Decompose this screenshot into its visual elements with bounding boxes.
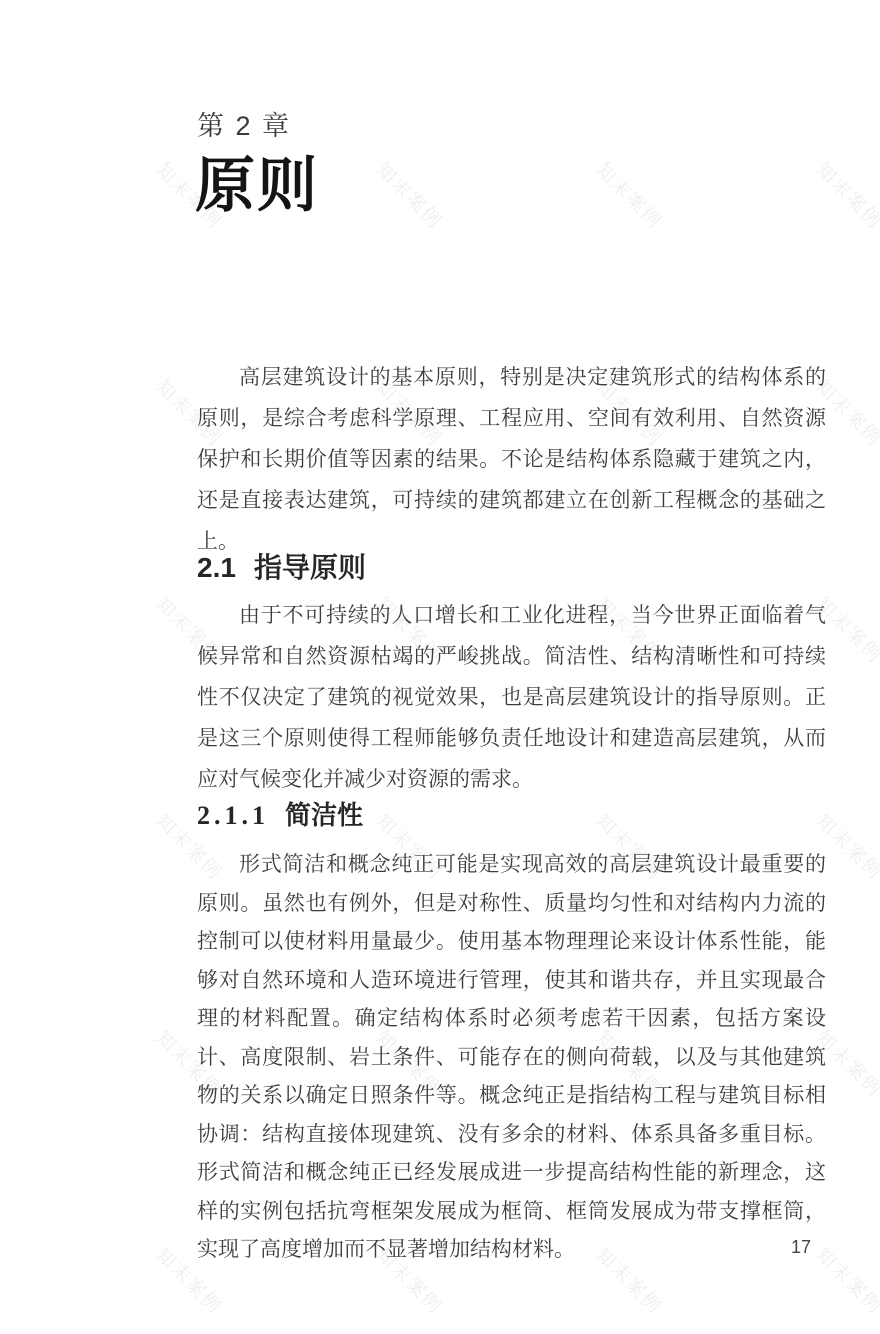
section-number: 2.1 xyxy=(197,552,236,583)
book-page: 知末案例知末案例知末案例知末案例知末案例知末案例知末案例知末案例知末案例知末案例… xyxy=(0,0,880,1334)
section-2-1-paragraph: 由于不可持续的人口增长和工业化进程，当今世界正面临着气候异常和自然资源枯竭的严峻… xyxy=(197,595,826,800)
section-heading-2-1: 2.1指导原则 xyxy=(197,546,366,586)
intro-paragraph: 高层建筑设计的基本原则，特别是决定建筑形式的结构体系的原则，是综合考虑科学原理、… xyxy=(197,357,826,562)
subsection-title: 简洁性 xyxy=(285,801,363,830)
page-number: 17 xyxy=(791,1237,811,1258)
section-title: 指导原则 xyxy=(254,552,366,583)
chapter-title: 原则 xyxy=(195,150,319,222)
page-content: 第 2 章 原则 高层建筑设计的基本原则，特别是决定建筑形式的结构体系的原则，是… xyxy=(0,0,880,1334)
section-heading-2-1-1: 2.1.1简洁性 xyxy=(197,795,363,832)
chapter-label: 第 2 章 xyxy=(197,104,291,143)
subsection-number: 2.1.1 xyxy=(197,801,269,830)
section-2-1-1-paragraph: 形式简洁和概念纯正可能是实现高效的高层建筑设计最重要的原则。虽然也有例外，但是对… xyxy=(197,846,826,1270)
